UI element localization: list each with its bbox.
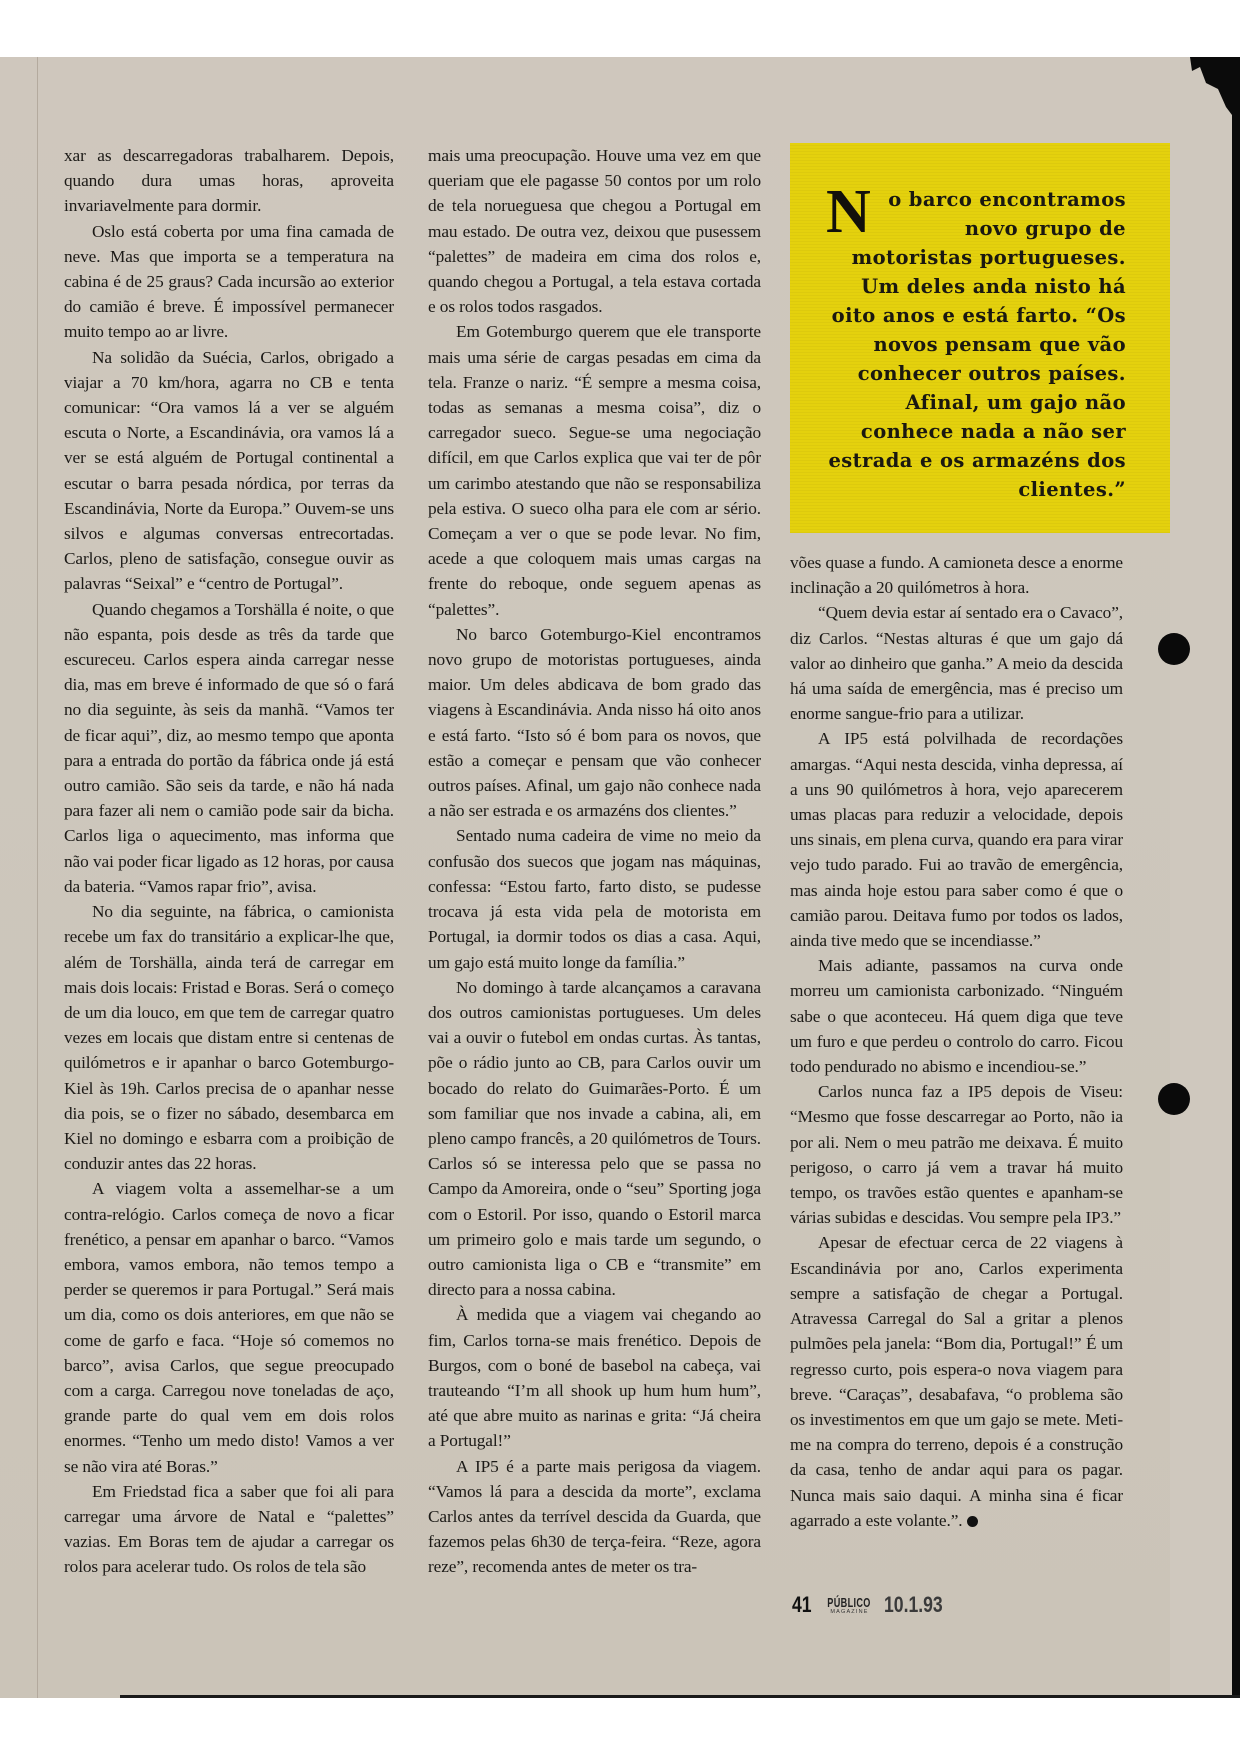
pull-quote-text: o barco encontramos novo grupo de motori… [828, 188, 1126, 501]
publication-logo: PÚBLICO MAGAZINE [818, 1596, 880, 1616]
paragraph: Carlos nunca faz a IP5 depois de Viseu: … [790, 1079, 1123, 1230]
paragraph: Oslo está coberta por uma fina camada de… [64, 219, 394, 345]
page-folio: 41 PÚBLICO MAGAZINE 10.1.93 [792, 1594, 958, 1616]
drop-cap: N [826, 189, 871, 235]
paragraph: Em Friedstad fica a saber que foi ali pa… [64, 1479, 394, 1580]
paragraph: xar as descarregadoras trabalharem. Depo… [64, 143, 394, 219]
pull-quote: No barco encontramos novo grupo de motor… [826, 185, 1126, 504]
paragraph: Quando chegamos a Torshälla é noite, o q… [64, 597, 394, 899]
magazine-page: xar as descarregadoras trabalharem. Depo… [0, 57, 1240, 1698]
paragraph: “Quem devia estar aí sentado era o Cavac… [790, 600, 1123, 726]
paragraph: Sentado numa cadeira de vime no meio da … [428, 823, 761, 974]
article-column-2: mais uma preocupação. Houve uma vez em q… [428, 143, 761, 1580]
scan-bottom-edge-shadow [120, 1695, 1240, 1698]
paragraph: Na solidão da Suécia, Carlos, obrigado a… [64, 345, 394, 597]
paragraph-text: Apesar de efectuar cerca de 22 viagens à… [790, 1233, 1123, 1529]
end-of-article-bullet-icon [967, 1516, 978, 1527]
paragraph: vões quase a fundo. A camioneta desce a … [790, 550, 1123, 600]
gutter-fold-line [37, 57, 38, 1698]
paragraph: A IP5 está polvilhada de recordações ama… [790, 726, 1123, 953]
paragraph: No barco Gotemburgo-Kiel encontramos nov… [428, 622, 761, 824]
paragraph: A IP5 é a parte mais perigosa da viagem.… [428, 1454, 761, 1580]
publication-name: PÚBLICO [828, 1596, 871, 1609]
article-column-3: vões quase a fundo. A camioneta desce a … [790, 550, 1123, 1533]
issue-date: 10.1.93 [884, 1594, 943, 1616]
torn-paper-edge [1170, 57, 1232, 1698]
page-number: 41 [792, 1594, 812, 1616]
paragraph: Apesar de efectuar cerca de 22 viagens à… [790, 1230, 1123, 1532]
binder-hole-icon [1158, 1083, 1190, 1115]
paragraph: Mais adiante, passamos na curva onde mor… [790, 953, 1123, 1079]
paragraph: A viagem volta a assemelhar-se a um cont… [64, 1176, 394, 1478]
article-column-1: xar as descarregadoras trabalharem. Depo… [64, 143, 394, 1580]
paragraph: No dia seguinte, na fábrica, o camionist… [64, 899, 394, 1176]
paragraph: No domingo à tarde alcançamos a caravana… [428, 975, 761, 1303]
paragraph: À medida que a viagem vai chegando ao fi… [428, 1302, 761, 1453]
pull-quote-box: No barco encontramos novo grupo de motor… [790, 143, 1170, 533]
paragraph: Em Gotemburgo querem que ele transporte … [428, 319, 761, 621]
paragraph: mais uma preocupação. Houve uma vez em q… [428, 143, 761, 319]
publication-subtitle: MAGAZINE [830, 1609, 868, 1616]
binder-hole-icon [1158, 633, 1190, 665]
